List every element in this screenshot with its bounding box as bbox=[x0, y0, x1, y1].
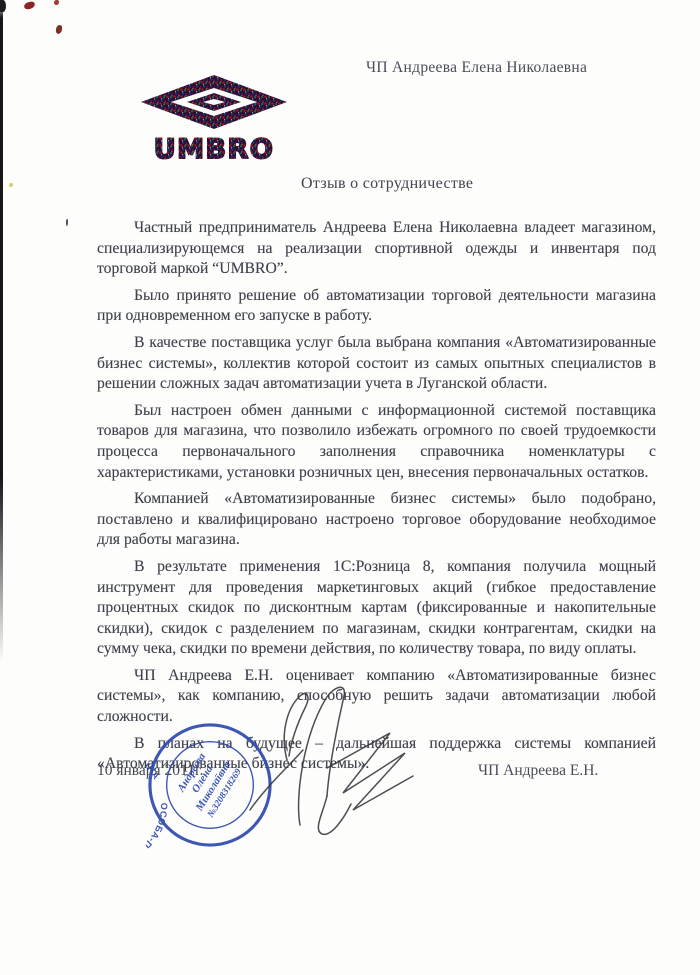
scan-edge-shadow bbox=[0, 0, 3, 662]
recipient-line: ЧП Андреева Елена Николаевна bbox=[366, 59, 587, 77]
scan-speck bbox=[66, 219, 68, 226]
umbro-diamond-outer bbox=[141, 75, 287, 129]
paragraph: В качестве поставщика услуг была выбрана… bbox=[97, 333, 656, 395]
scan-speck bbox=[9, 183, 13, 187]
paragraph: Был настроен обмен данными с информацион… bbox=[97, 401, 656, 483]
paragraph: Компанией «Автоматизированные бизнес сис… bbox=[97, 489, 656, 551]
signer-line: ЧП Андреева Е.Н. bbox=[478, 762, 598, 780]
umbro-logo-graphic: UMBRO bbox=[138, 74, 290, 164]
scan-speck bbox=[55, 25, 62, 35]
signature-stroke bbox=[284, 694, 308, 760]
signature-stroke bbox=[250, 750, 303, 810]
signature-stroke bbox=[318, 796, 351, 834]
signature bbox=[225, 638, 440, 850]
svg-text:ОСОБА-ПІДПРИЄМЕЦЬ ✱ УКРАЇНА м.: ОСОБА-ПІДПРИЄМЕЦЬ ✱ УКРАЇНА м. ЛУГАНСЬК … bbox=[146, 745, 169, 849]
umbro-logo: UMBRO bbox=[138, 74, 290, 164]
umbro-wordmark: UMBRO bbox=[154, 134, 275, 164]
umbro-diamond-inner bbox=[187, 93, 241, 111]
stamp-ring-text: ОСОБА-ПІДПРИЄМЕЦЬ ✱ УКРАЇНА м. ЛУГАНСЬК … bbox=[146, 745, 169, 849]
scanned-letter-page: UMBRO ЧП Андреева Елена Николаевна Отзыв… bbox=[0, 0, 700, 975]
paragraph: Частный предприниматель Андреева Елена Н… bbox=[97, 218, 656, 280]
scan-edge-blob bbox=[0, 0, 6, 12]
paragraph: Было принято решение об автоматизации то… bbox=[97, 286, 656, 327]
page-title: Отзыв о сотрудничестве bbox=[301, 175, 473, 193]
scan-speck bbox=[23, 1, 35, 11]
scan-speck bbox=[54, 0, 59, 5]
signature-stroke bbox=[327, 733, 413, 810]
